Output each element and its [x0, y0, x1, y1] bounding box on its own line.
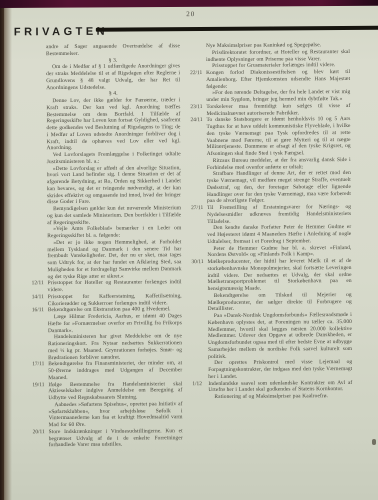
- dated-entry: 17/11Bekendtgørelse fra Finansministerie…: [48, 360, 182, 381]
- entry-text: Bekendtgørelse fra Finansministeriet, de…: [48, 360, 182, 381]
- entry-date: 24/11: [190, 117, 205, 124]
- paragraph: Handelsministeren har givet Meddelelse o…: [48, 333, 182, 361]
- dated-entry: 23/11Torskelever maa fremtidigt kun sælg…: [206, 103, 350, 118]
- masthead-row: FRIVAGTEN: [14, 20, 378, 39]
- paragraph: Aabnedes »Søfartens Spisehus«, oprettet …: [48, 401, 182, 429]
- text-columns: andre af Sager angaaende Overtrædelse af…: [30, 42, 369, 449]
- entry-date: 17/11: [32, 361, 47, 368]
- paragraph: Bemyndigelsen gælder kun det nuværende M…: [47, 205, 181, 226]
- entry-text: Til Fremstilling af Erstatningsvarer for…: [207, 204, 351, 225]
- entry-text: Prisstoppet for Kaffeerstatning, Kaffeti…: [48, 293, 182, 307]
- paragraph: Denne Lov, der ikke gælder for Færøerne,…: [46, 97, 180, 152]
- paragraph: »Vejle Amts Folkeblad« bemærker i en Led…: [47, 225, 181, 239]
- entry-date: 30/11: [191, 259, 206, 266]
- paragraph: andre af Sager angaaende Overtrædelse af…: [46, 43, 180, 57]
- entry-text: Indenlandske saavel som udenlandske Kont…: [208, 379, 352, 394]
- paragraph: Ved Lovforslagets Fremlæggelse i Folketi…: [47, 151, 181, 165]
- dated-entry: 16/11Bekendtgørelse om Ekstraration paa …: [48, 306, 182, 314]
- masthead-title: FRIVAGTEN: [14, 26, 108, 39]
- right-column: Nye Maksimalpriser paa Kaninkød og Spege…: [190, 42, 353, 448]
- paragraph: »Dette Lovforslag er affødt af den alvor…: [47, 165, 181, 206]
- dated-entry: 19/11Ifølge Bestemmelse fra Handelsminis…: [48, 381, 182, 402]
- dated-entry: 20/11Store Indskrænkninger i Vinduesudst…: [49, 428, 183, 449]
- paragraph: Prisdirektoratet forordner, at Hoteller …: [206, 49, 350, 64]
- paper: 20 FRIVAGTEN andre af Sager angaaende Ov…: [4, 5, 378, 500]
- dated-entry: 1/12Indenlandske saavel som udenlandske …: [208, 379, 352, 394]
- page-content: 20 FRIVAGTEN andre af Sager angaaende Ov…: [4, 9, 378, 450]
- entry-date: 1/12: [192, 381, 207, 388]
- paragraph: Læge Hilmar Fredericia, Aarhus, er idømt…: [48, 313, 182, 334]
- paragraph: Den kendte danske Forfatter Peter de Hem…: [207, 224, 351, 245]
- entry-date: 12/11: [32, 280, 47, 287]
- dated-entry: 14/11Prisstoppet for Kaffeerstatning, Ka…: [48, 293, 182, 307]
- paragraph: Peter de Hemmer Gudme har bl. a. skrevet…: [207, 244, 351, 259]
- paragraph: Strafbare Handlinger af denne Art, der e…: [207, 170, 351, 205]
- entry-date: 27/11: [191, 205, 206, 212]
- entry-date: 23/11: [190, 104, 205, 111]
- entry-date: 20/11: [33, 429, 48, 436]
- left-column: andre af Sager angaaende Overtrædelse af…: [30, 43, 183, 449]
- entry-date: 14/11: [32, 294, 47, 301]
- masthead-rule: [96, 26, 378, 32]
- entry-text: Kongen forlod Diakonissestiftelsen og bl…: [206, 69, 350, 90]
- paragraph: Paa »Dansk-Nordisk Ungdomsforbunds« Fæll…: [208, 312, 352, 360]
- entry-text: Mælkeproducenter, der hidtil har leveret…: [207, 258, 351, 293]
- dated-entry: 12/11Prisstoppet for Hoteller og Restaur…: [48, 279, 182, 293]
- dated-entry: 27/11Til Fremstilling af Erstatningsvare…: [207, 204, 351, 225]
- scan-edge-left: [0, 0, 12, 500]
- entry-date: 19/11: [32, 382, 47, 389]
- scan-speck: [372, 439, 376, 445]
- entry-text: Bekendtgørelse om Ekstraration paa 400 g…: [48, 306, 182, 314]
- paragraph: Ritzaus Bureau meddeler, at der fra ansv…: [207, 157, 351, 172]
- entry-text: Ifølge Bestemmelse fra Handelsministerie…: [48, 381, 182, 402]
- paragraph: Rationering af og Maksimalpriser paa Kaa…: [208, 393, 352, 401]
- paragraph: »For den rørende Deltagelse, der fra hel…: [206, 89, 350, 104]
- paragraph: »Det er jo ikke nogen Hemmelighed, at Fo…: [47, 239, 181, 280]
- paragraph: Bekendtgørelse om Tilskud til Mejerier o…: [208, 292, 352, 313]
- entry-text: Prisstoppet for Hoteller og Restauranter…: [48, 279, 182, 293]
- entry-text: Store Indskrænkninger i Vinduesudstillin…: [49, 428, 183, 449]
- entry-text: Torskelever maa fremtidigt kun sælges ti…: [206, 103, 350, 118]
- scanned-page: 20 FRIVAGTEN andre af Sager angaaende Ov…: [0, 0, 378, 500]
- paragraph: Om de i Medfør af § 1 udfærdigede Anordn…: [46, 63, 180, 91]
- entry-date: 22/11: [190, 70, 205, 77]
- entry-date: 16/11: [32, 307, 47, 314]
- entry-text: To danske Statsborgere er idømt henholds…: [206, 116, 350, 158]
- paragraph: Der oprettes Priskontrol med visse Lejem…: [208, 359, 352, 380]
- dated-entry: 22/11Kongen forlod Diakonissestiftelsen …: [206, 69, 350, 90]
- dated-entry: 24/11To danske Statsborgere er idømt hen…: [206, 116, 350, 158]
- page-number: 20: [4, 9, 378, 21]
- dated-entry: 30/11Mælkeproducenter, der hidtil har le…: [207, 258, 351, 293]
